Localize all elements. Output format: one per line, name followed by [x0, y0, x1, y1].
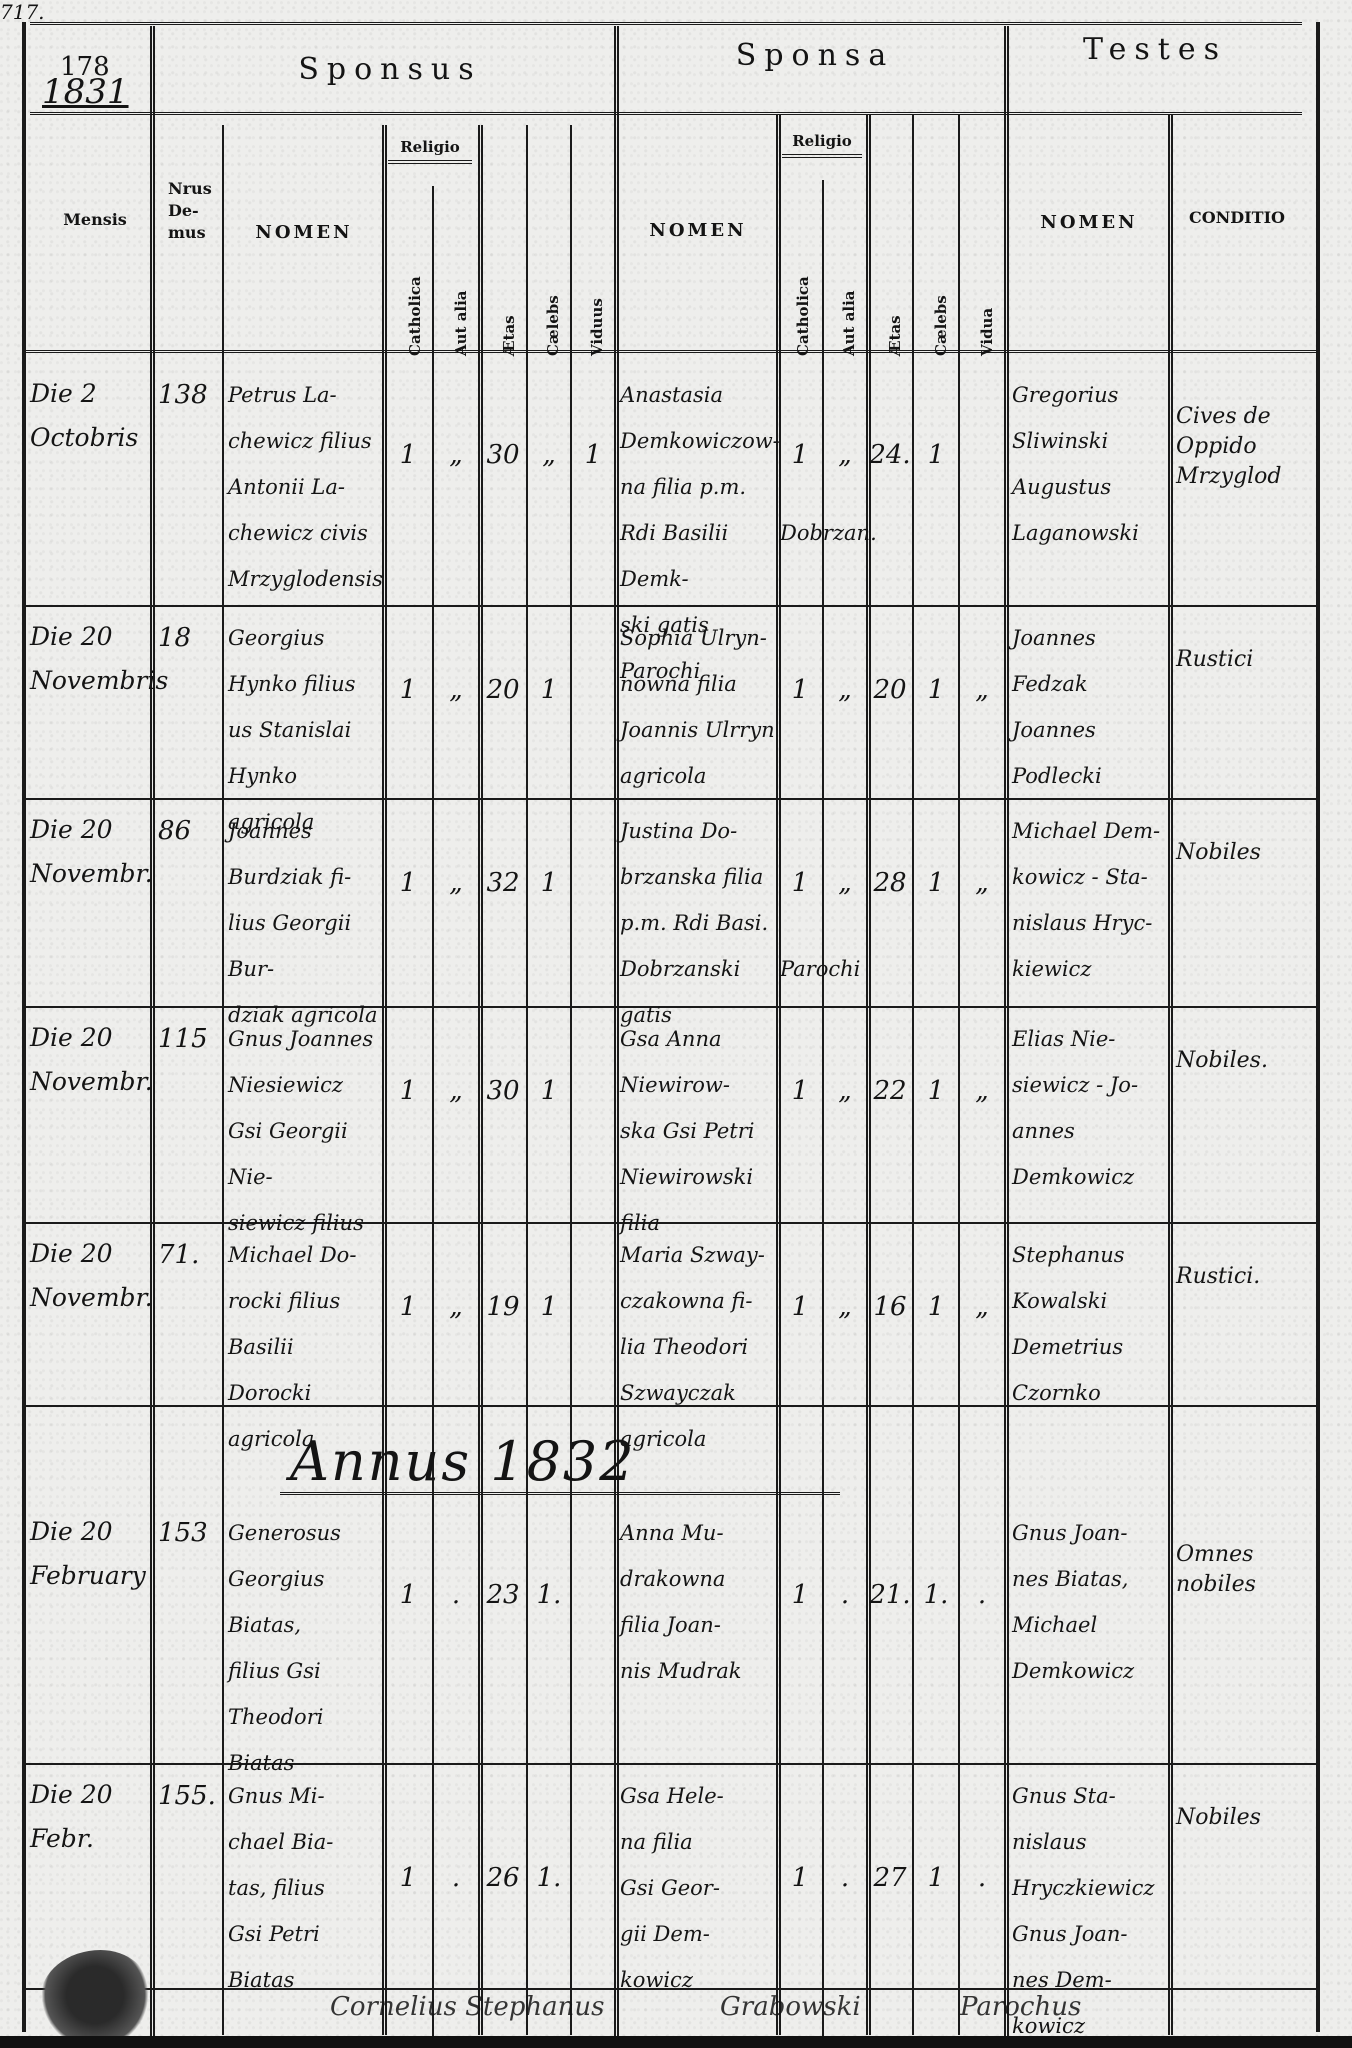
col-head-catholica-sponsa: Catholica: [794, 276, 812, 356]
entry-bride-vidua: .: [960, 1855, 1004, 1901]
entry-bride-aut-alia: „: [824, 860, 866, 906]
entry-groom-catholica: 1: [384, 1068, 432, 1114]
entry-bride: Justina Do- brzanska filia p.m. Rdi Basi…: [620, 808, 776, 1038]
entry-date: Die 20 Novembris: [30, 615, 150, 703]
entry-bride-catholica: 1: [778, 1068, 822, 1114]
entry-groom-catholica: 1: [384, 1284, 432, 1330]
entry-groom-caelebs: 1: [528, 1284, 570, 1330]
entry-groom-aetas: 23: [480, 1572, 526, 1618]
entry-house: 115: [158, 1016, 222, 1062]
entry-date: Die 20 Febr.: [30, 1773, 150, 1861]
entry-groom-caelebs: 1.: [528, 1855, 570, 1901]
col-head-caelebs-sponsa: Cælebs: [932, 295, 950, 356]
entry-groom-aetas: 19: [480, 1284, 526, 1330]
entry-condition: Nobiles: [1176, 1803, 1306, 1833]
entry-house: 153: [158, 1510, 222, 1556]
entry-witnesses: Gnus Joan- nes Biatas, Michael Demkowicz: [1012, 1510, 1168, 1694]
entry-house: 71.: [158, 1232, 222, 1278]
entry-bride-aut-alia: „: [824, 432, 866, 478]
entry-bride-caelebs: 1: [914, 860, 958, 906]
entry-bride-aut-alia: „: [824, 667, 866, 713]
entry-bride-aetas: 24.: [868, 432, 912, 478]
entry-bride-aut-alia: „: [824, 1284, 866, 1330]
entry-groom-aut-alia: „: [434, 432, 478, 478]
entry-groom-caelebs: 1.: [528, 1572, 570, 1618]
col-divider-conditio: [1168, 115, 1173, 2035]
section-testes: Testes: [1010, 32, 1300, 67]
entry-groom: Michael Do- rocki filius Basilii Dorocki…: [228, 1232, 382, 1462]
entry-bride-catholica: 1: [778, 432, 822, 478]
entry-groom-aut-alia: „: [434, 1068, 478, 1114]
entry-witnesses: Stephanus Kowalski Demetrius Czornko: [1012, 1232, 1168, 1416]
entry-bride-aut-alia: .: [824, 1855, 866, 1901]
entry-groom-aut-alia: „: [434, 667, 478, 713]
entry-bride-catholica: 1: [778, 1572, 822, 1618]
entry-groom-viduus: 1: [572, 432, 614, 478]
entry-groom: Generosus Georgius Biatas, filius Gsi Th…: [228, 1510, 382, 1786]
entry-groom-aut-alia: .: [434, 1572, 478, 1618]
entry-date: Die 20 Novembr.: [30, 1016, 150, 1104]
year-handwritten: 1831: [42, 72, 129, 112]
entry-bride: Sophia Ulryn- nowna filia Joannis Ulrryn…: [620, 615, 776, 799]
entry-condition: Nobiles: [1176, 838, 1306, 868]
entry-groom-aut-alia: .: [434, 1855, 478, 1901]
section-sponsus: Sponsus: [160, 52, 620, 87]
entry-bride-catholica: 1: [778, 860, 822, 906]
entry-bride-caelebs: 1: [914, 667, 958, 713]
entry-groom-caelebs: 1: [528, 1068, 570, 1114]
entry-bride-aetas: 20: [868, 667, 912, 713]
entry-groom: Gnus Joannes Niesiewicz Gsi Georgii Nie-…: [228, 1016, 382, 1246]
section-sponsa: Sponsa: [620, 38, 1010, 73]
col-head-caelebs-sponsus: Cælebs: [544, 295, 562, 356]
col-divider-mensis: [150, 26, 155, 2036]
year-block: 178 1831: [42, 52, 129, 112]
entry-bride: Gsa Hele- na filia Gsi Geor- gii Dem- ko…: [620, 1773, 776, 2003]
entry-condition: Cives de Oppido Mrzyglod: [1176, 402, 1306, 492]
entry-groom-catholica: 1: [384, 860, 432, 906]
entry-bride-aut-alia: „: [824, 1068, 866, 1114]
col-head-conditio: CONDITIO: [1172, 208, 1302, 227]
col-head-mensis: Mensis: [40, 210, 150, 229]
entry-bride-caelebs: 1: [914, 1855, 958, 1901]
entry-bride-aetas: 21.: [868, 1572, 912, 1618]
entry-groom-aetas: 26: [480, 1855, 526, 1901]
entry-groom-catholica: 1: [384, 432, 432, 478]
col-head-nomen-testes: NOMEN: [1010, 212, 1168, 233]
entry-condition: Rustici.: [1176, 1262, 1306, 1292]
entry-bride-caelebs: 1: [914, 432, 958, 478]
header-bottom-rule: [26, 350, 1316, 356]
header-section-rule: [30, 112, 1302, 118]
entry-bride-aetas: 27: [868, 1855, 912, 1901]
col-head-religio-sponsa: Religio: [782, 132, 862, 158]
entry-bride-catholica: 1: [778, 667, 822, 713]
entry-house: 86: [158, 808, 222, 854]
entry-date: Die 20 Novembr.: [30, 1232, 150, 1320]
entry-groom: Petrus La- chewicz filius Antonii La- ch…: [228, 372, 382, 602]
entry-condition: Omnes nobiles: [1176, 1540, 1306, 1600]
col-divider-testes: [1004, 26, 1009, 2036]
entry-bride-caelebs: 1: [914, 1068, 958, 1114]
col-head-vidua: Vidua: [978, 308, 996, 356]
signature-middle: Grabowski: [720, 1992, 861, 2022]
entry-bride-vidua: „: [960, 1068, 1004, 1114]
col-divider-caelebs: [570, 125, 572, 2035]
entry-bride-catholica: 1: [778, 1855, 822, 1901]
entry-bride: Maria Szway- czakowna fi- lia Theodori S…: [620, 1232, 776, 1462]
page-number-note: 717.: [0, 0, 45, 24]
entry-bride-vidua: .: [960, 1572, 1004, 1618]
entry-groom-aetas: 30: [480, 1068, 526, 1114]
annus-heading: Annus 1832: [290, 1430, 636, 1493]
entry-bride-overflow: Parochi: [780, 946, 980, 992]
col-head-aut-alia-sponsa: Aut alia: [840, 290, 858, 356]
entry-date: Die 2 Octobris: [30, 372, 150, 460]
entry-house: 155.: [158, 1773, 222, 1819]
entry-groom-catholica: 1: [384, 667, 432, 713]
entry-bride-catholica: 1: [778, 1284, 822, 1330]
entry-groom-aut-alia: „: [434, 860, 478, 906]
col-divider-sponsa: [614, 26, 619, 2036]
entry-groom-caelebs: 1: [528, 667, 570, 713]
entry-bride-aetas: 28: [868, 860, 912, 906]
entry-condition: Rustici: [1176, 645, 1306, 675]
col-head-viduus: Viduus: [588, 298, 606, 356]
col-divider-domus: [222, 125, 224, 2035]
entry-groom-aetas: 20: [480, 667, 526, 713]
header-top-rule: [30, 22, 1302, 28]
entry-bride-caelebs: 1.: [914, 1572, 958, 1618]
col-head-nomen-sponsus: NOMEN: [226, 222, 382, 243]
entry-groom-aetas: 30: [480, 432, 526, 478]
entry-groom-caelebs: 1: [528, 860, 570, 906]
entry-witnesses: Gregorius Sliwinski Augustus Laganowski: [1012, 372, 1168, 556]
signature-right: Parochus: [960, 1992, 1081, 2022]
entry-bride: Gsa Anna Niewirow- ska Gsi Petri Niewiro…: [620, 1016, 776, 1246]
entry-bride-vidua: „: [960, 860, 1004, 906]
entry-condition: Nobiles.: [1176, 1046, 1306, 1076]
entry-bride-aetas: 16: [868, 1284, 912, 1330]
col-head-aetas-sponsa: Ætas: [886, 315, 904, 356]
row-divider: [26, 1763, 1316, 1765]
entry-groom-catholica: 1: [384, 1572, 432, 1618]
scan-edge: [0, 2036, 1352, 2048]
col-head-aut-alia-sponsus: Aut alia: [452, 290, 470, 356]
entry-groom-aut-alia: „: [434, 1284, 478, 1330]
entry-groom: Gnus Mi- chael Bia- tas, filius Gsi Petr…: [228, 1773, 382, 2003]
entry-bride-caelebs: 1: [914, 1284, 958, 1330]
register-page: 717. 178 1831 Sponsus Sponsa Testes Mens…: [0, 0, 1352, 2048]
entry-groom-caelebs: „: [528, 432, 570, 478]
col-head-aetas-sponsus: Ætas: [500, 315, 518, 356]
entry-bride-overflow: Dobrzan.: [780, 510, 980, 556]
entry-groom: Joannes Burdziak fi- lius Georgii Bur- d…: [228, 808, 382, 1038]
entry-witnesses: Elias Nie- siewicz - Jo- annes Demkowicz: [1012, 1016, 1168, 1200]
entry-bride-aetas: 22: [868, 1068, 912, 1114]
entry-bride-vidua: „: [960, 667, 1004, 713]
col-head-nrus-domus: Nrus De- mus: [158, 178, 228, 244]
col-head-nomen-sponsa: NOMEN: [620, 220, 776, 241]
entry-house: 18: [158, 615, 222, 661]
entry-witnesses: Joannes Fedzak Joannes Podlecki: [1012, 615, 1168, 799]
col-head-catholica-sponsus: Catholica: [406, 276, 424, 356]
entry-bride: Anna Mu- drakowna filia Joan- nis Mudrak: [620, 1510, 776, 1694]
entry-date: Die 20 Novembr.: [30, 808, 150, 896]
entry-bride-vidua: „: [960, 1284, 1004, 1330]
entry-date: Die 20 February: [30, 1510, 150, 1598]
entry-groom-aetas: 32: [480, 860, 526, 906]
col-head-religio-sponsus: Religio: [388, 138, 472, 164]
entry-bride-aut-alia: .: [824, 1572, 866, 1618]
entry-witnesses: Michael Dem- kowicz - Sta- nislaus Hryc-…: [1012, 808, 1168, 992]
entry-house: 138: [158, 372, 222, 418]
entry-groom-catholica: 1: [384, 1855, 432, 1901]
signature-left: Cornelius Stephanus: [330, 1992, 604, 2022]
